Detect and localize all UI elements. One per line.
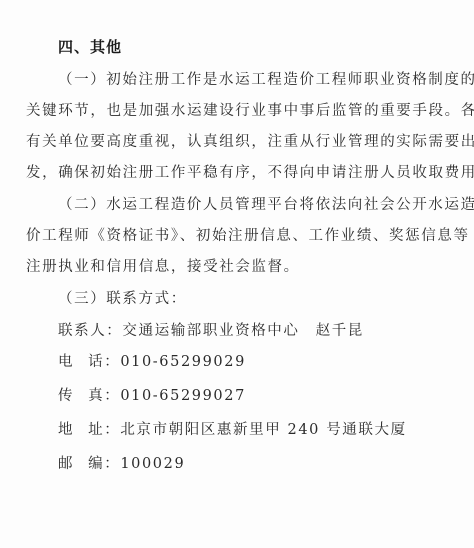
- fax-label-a: 传: [58, 388, 74, 404]
- phone-label-b: 话：: [88, 354, 120, 370]
- paragraph1-line3: 有关单位要高度重视，认真组织，注重从行业管理的实际需要出: [26, 133, 474, 151]
- address-row: 地址：北京市朝阳区惠新里甲 240 号通联大厦: [58, 421, 407, 439]
- postcode-row: 邮编：100029: [58, 455, 185, 473]
- paragraph2-line3: 注册执业和信用信息，接受社会监督。: [26, 258, 300, 276]
- fax-row: 传真：010-65299027: [58, 387, 246, 405]
- paragraph2-line1: （二）水运工程造价人员管理平台将依法向社会公开水运造: [58, 196, 474, 214]
- contact-section-title: （三）联系方式：: [58, 290, 187, 308]
- document-page: 四、其他 （一）初始注册工作是水运工程造价工程师职业资格制度的 关键环节，也是加…: [0, 0, 474, 548]
- contact-person-row: 联系人：交通运输部职业资格中心 赵千昆: [58, 322, 364, 340]
- postcode-label-b: 编：: [88, 456, 120, 472]
- contact-person-label: 联系人：: [58, 323, 122, 339]
- phone-label-a: 电: [58, 354, 74, 370]
- fax-label-b: 真：: [88, 388, 120, 404]
- address-value: 北京市朝阳区惠新里甲 240 号通联大厦: [120, 422, 406, 438]
- phone-value: 010-65299029: [120, 354, 246, 370]
- fax-value: 010-65299027: [120, 388, 246, 404]
- phone-row: 电话：010-65299029: [58, 353, 246, 371]
- postcode-value: 100029: [120, 456, 185, 472]
- paragraph1-line4: 发，确保初始注册工作平稳有序，不得向申请注册人员收取费用。: [26, 164, 474, 182]
- section-heading: 四、其他: [58, 38, 122, 56]
- postcode-label-a: 邮: [58, 456, 74, 472]
- address-label-a: 地: [58, 422, 74, 438]
- paragraph1-line1: （一）初始注册工作是水运工程造价工程师职业资格制度的: [58, 71, 474, 89]
- paragraph1-line2: 关键环节，也是加强水运建设行业事中事后监管的重要手段。各: [26, 102, 474, 120]
- paragraph2-line2: 价工程师《资格证书》、初始注册信息、工作业绩、奖惩信息等: [26, 227, 470, 245]
- address-label-b: 址：: [88, 422, 120, 438]
- contact-person-value: 交通运输部职业资格中心 赵千昆: [122, 323, 364, 339]
